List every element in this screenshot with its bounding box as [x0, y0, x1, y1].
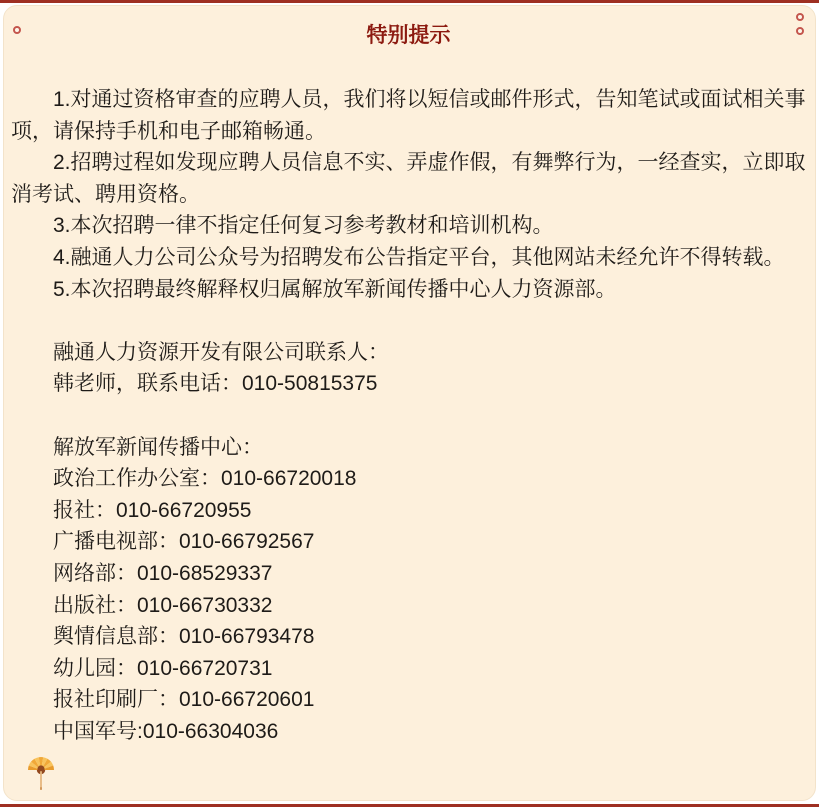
note-item-5: 5.本次招聘最终解释权归属解放军新闻传播中心人力资源部。: [11, 274, 806, 306]
contact-line-kindergarten: 幼儿园：010-66720731: [11, 653, 806, 685]
spacer: [11, 305, 806, 337]
company-contact-heading: 融通人力资源开发有限公司联系人：: [11, 337, 806, 369]
ring-marker-left: [13, 26, 21, 34]
contact-line-newspaper: 报社：010-66720955: [11, 495, 806, 527]
contact-line-network-dept: 网络部：010-68529337: [11, 558, 806, 590]
contact-line-broadcast-tv: 广播电视部：010-66792567: [11, 526, 806, 558]
contact-line-public-opinion-dept: 舆情信息部：010-66793478: [11, 621, 806, 653]
page-title: 特别提示: [11, 21, 806, 51]
notice-content: 特别提示 1.对通过资格审查的应聘人员，我们将以短信或邮件形式，告知笔试或面试相…: [3, 5, 816, 747]
ring-marker-right-top: [796, 13, 804, 21]
note-item-3: 3.本次招聘一律不指定任何复习参考教材和培训机构。: [11, 210, 806, 242]
top-border-line: [0, 0, 819, 3]
special-notice-page: { "page": { "card_bg": "#fdf0dc", "edge_…: [0, 0, 819, 807]
contact-line-publishing-house: 出版社：010-66730332: [11, 590, 806, 622]
ring-marker-right-bottom: [796, 27, 804, 35]
center-contact-heading: 解放军新闻传播中心：: [11, 432, 806, 464]
note-item-4: 4.融通人力公司公众号为招聘发布公告指定平台，其他网站未经允许不得转载。: [11, 242, 806, 274]
contact-line-political-office: 政治工作办公室：010-66720018: [11, 463, 806, 495]
contact-line-printing-factory: 报社印刷厂：010-66720601: [11, 684, 806, 716]
fan-icon: [26, 754, 56, 800]
note-item-2: 2.招聘过程如发现应聘人员信息不实、弄虚作假，有舞弊行为，一经查实，立即取消考试…: [11, 147, 806, 210]
note-item-1: 1.对通过资格审查的应聘人员，我们将以短信或邮件形式，告知笔试或面试相关事项，请…: [11, 84, 806, 147]
spacer: [11, 400, 806, 432]
contact-line-china-military-account: 中国军号:010-66304036: [11, 716, 806, 748]
company-contact-line: 韩老师，联系电话：010-50815375: [11, 368, 806, 400]
